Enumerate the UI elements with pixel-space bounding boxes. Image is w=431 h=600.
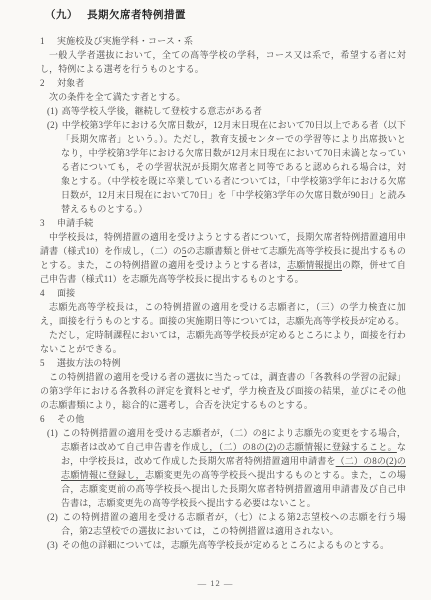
section-number: 3 (40, 216, 48, 230)
section-heading-text: 面接 (57, 288, 75, 298)
page-title: （九）長期欠席者特例措置 (45, 9, 406, 23)
section-number: 5 (40, 356, 48, 370)
underlined-segment: し，（二）の8の(2)の志願情報に登録すること。 (200, 442, 397, 452)
section-heading-text: 申請手続 (57, 218, 93, 228)
item-label: (3) (47, 540, 58, 550)
section-number: 6 (40, 412, 48, 426)
item-text: この特例措置の適用を受ける志願者が，（七）による第2志望校への志願を行う場合，第… (61, 512, 406, 536)
item-label: (1) (47, 428, 58, 438)
section-6-heading: 6その他 (40, 412, 406, 426)
document-content: （九）長期欠席者特例措置 1実施校及び実施学科・コース・系 一般入学者選抜におい… (40, 9, 406, 552)
page-number: ― 12 ― (0, 578, 431, 588)
section-heading-text: その他 (57, 414, 84, 424)
document-page: （九）長期欠席者特例措置 1実施校及び実施学科・コース・系 一般入学者選抜におい… (0, 0, 431, 600)
section-number: 4 (40, 286, 48, 300)
item-label: (2) (47, 512, 58, 522)
section-heading-text: 選抜方法の特例 (57, 358, 121, 368)
list-item-2-2: (2)中学校第3学年における欠席日数が，12月末日現在において70日以上である者… (47, 118, 406, 216)
list-item-6-1: (1)この特例措置の適用を受ける志願者が，（二）の8により志願先の変更をする場合… (47, 426, 406, 510)
section-5-paragraph: この特例措置の適用を受ける者の選抜に当たっては，調査書の「各教科の学習の記録」の… (40, 370, 406, 412)
list-item-6-3: (3)その他の詳細については，志願先高等学校長が定めるところによるものとする。 (47, 538, 406, 552)
list-item-2-1: (1)高等学校入学後，継続して登校する意志がある者 (47, 104, 406, 118)
item-label: (1) (47, 106, 58, 116)
item-text: 高等学校入学後，継続して登校する意志がある者 (62, 106, 262, 116)
paragraph-segment: この特例措置の適用を受ける志願者が，（二）の (62, 428, 262, 438)
section-number: 1 (40, 34, 48, 48)
item-text: その他の詳細については，志願先高等学校長が定めるところによるものとする。 (62, 540, 389, 550)
section-label: （九） (45, 10, 78, 21)
section-4-paragraph-2: ただし，定時制課程においては，志願先高等学校長が定めるところにより，面接を行わな… (40, 328, 406, 356)
section-number: 2 (40, 76, 48, 90)
section-4-paragraph-1: 志願先高等学校長は，この特例措置の適用を受ける志願者に，（三）の学力検査に加え，… (40, 300, 406, 328)
section-2-heading: 2対象者 (40, 76, 406, 90)
item-text: 中学校第3学年における欠席日数が，12月末日現在において70日以上である者（以下… (61, 120, 406, 214)
underlined-segment: 志願情報提出 (287, 260, 342, 270)
section-1-paragraph: 一般入学者選抜において，全ての高等学校の学科，コース又は系で，希望する者に対し，… (40, 48, 406, 76)
section-3-paragraph: 中学校長は，特例措置の適用を受けようとする者について，長期欠席者特例措置適用申請… (40, 230, 406, 286)
section-3-heading: 3申請手続 (40, 216, 406, 230)
list-item-6-2: (2)この特例措置の適用を受ける志願者が，（七）による第2志望校への志願を行う場… (47, 510, 406, 538)
section-heading-text: 実施校及び実施学科・コース・系 (57, 36, 193, 46)
section-1-heading: 1実施校及び実施学科・コース・系 (40, 34, 406, 48)
section-heading-text: 対象者 (57, 78, 84, 88)
section-5-heading: 5選抜方法の特例 (40, 356, 406, 370)
item-label: (2) (47, 120, 58, 130)
section-2-paragraph: 次の条件を全て満たす者とする。 (40, 90, 406, 104)
section-4-heading: 4面接 (40, 286, 406, 300)
page-title-text: 長期欠席者特例措置 (87, 10, 186, 21)
